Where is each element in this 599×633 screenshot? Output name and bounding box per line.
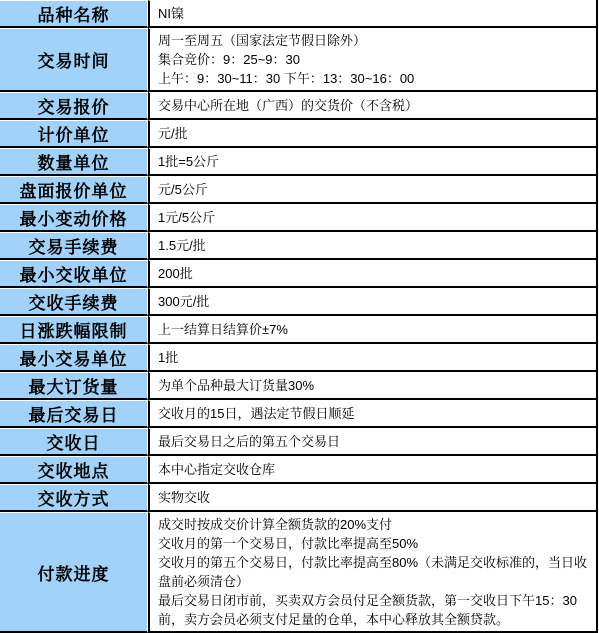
spec-value-cell: 元/批 [148, 120, 596, 148]
spec-label-cell: 最小变动价格 [0, 204, 148, 232]
value-line: 交收月的第一个交易日，付款比率提高至50% [158, 534, 588, 553]
spec-row: 交易报价 交易中心所在地（广西）的交货价（不含税） [0, 92, 596, 120]
spec-value-cell: 元/5公斤 [148, 176, 596, 204]
spec-value-cell: 上一结算日结算价±7% [148, 316, 596, 344]
spec-value-cell: 300元/批 [148, 288, 596, 316]
spec-row: 交易手续费 1.5元/批 [0, 232, 596, 260]
spec-label-cell: 最小交易单位 [0, 344, 148, 372]
spec-row: 盘面报价单位 元/5公斤 [0, 176, 596, 204]
value-line: 上午：9：30~11：30 下午：13：30~16：00 [158, 69, 588, 88]
spec-label-cell: 最后交易日 [0, 400, 148, 428]
contract-spec-table: 品种名称 NI镍 交易时间 周一至周五（国家法定节假日除外）集合竞价：9：25~… [0, 0, 598, 633]
value-line: 交收月的15日，遇法定节假日顺延 [158, 404, 588, 423]
value-line: 1元/5公斤 [158, 208, 588, 227]
value-line: 200批 [158, 264, 588, 283]
value-line: 最后交易日之后的第五个交易日 [158, 432, 588, 451]
spec-value-cell: 最后交易日之后的第五个交易日 [148, 428, 596, 456]
spec-value-cell: 1批 [148, 344, 596, 372]
value-line: 1.5元/批 [158, 236, 588, 255]
spec-row: 交收方式 实物交收 [0, 484, 596, 512]
spec-value-cell: 交易中心所在地（广西）的交货价（不含税） [148, 92, 596, 120]
spec-row: 最小变动价格 1元/5公斤 [0, 204, 596, 232]
spec-row: 最小交收单位 200批 [0, 260, 596, 288]
spec-value-cell: 200批 [148, 260, 596, 288]
spec-label-cell: 交收手续费 [0, 288, 148, 316]
spec-label-cell: 品种名称 [0, 0, 148, 28]
spec-label-cell: 交易时间 [0, 28, 148, 92]
spec-row: 计价单位 元/批 [0, 120, 596, 148]
spec-row: 数量单位 1批=5公斤 [0, 148, 596, 176]
value-line: 集合竞价：9：25~9：30 [158, 50, 588, 69]
value-line: 1批 [158, 348, 588, 367]
value-line: 元/5公斤 [158, 180, 588, 199]
spec-label-cell: 交易报价 [0, 92, 148, 120]
spec-label-cell: 盘面报价单位 [0, 176, 148, 204]
spec-value-cell: 实物交收 [148, 484, 596, 512]
spec-value-cell: 1批=5公斤 [148, 148, 596, 176]
spec-label-cell: 日涨跌幅限制 [0, 316, 148, 344]
spec-table-body: 品种名称 NI镍 交易时间 周一至周五（国家法定节假日除外）集合竞价：9：25~… [0, 0, 596, 633]
spec-row: 品种名称 NI镍 [0, 0, 596, 28]
spec-label-cell: 交收日 [0, 428, 148, 456]
spec-value-cell: 本中心指定交收仓库 [148, 456, 596, 484]
value-line: 实物交收 [158, 488, 588, 507]
value-line: 成交时按成交价计算全额货款的20%支付 [158, 515, 588, 534]
spec-row: 交收日 最后交易日之后的第五个交易日 [0, 428, 596, 456]
spec-label-cell: 计价单位 [0, 120, 148, 148]
spec-value-cell: 周一至周五（国家法定节假日除外）集合竞价：9：25~9：30上午：9：30~11… [148, 28, 596, 92]
value-line: 本中心指定交收仓库 [158, 460, 588, 479]
spec-value-cell: 1.5元/批 [148, 232, 596, 260]
value-line: 元/批 [158, 124, 588, 143]
value-line: 1批=5公斤 [158, 152, 588, 171]
spec-row: 日涨跌幅限制 上一结算日结算价±7% [0, 316, 596, 344]
value-line: 为单个品种最大订货量30% [158, 376, 588, 395]
spec-label-cell: 最小交收单位 [0, 260, 148, 288]
value-line: NI镍 [158, 4, 588, 23]
spec-value-cell: 交收月的15日，遇法定节假日顺延 [148, 400, 596, 428]
value-line: 300元/批 [158, 292, 588, 311]
value-line: 上一结算日结算价±7% [158, 320, 588, 339]
spec-row: 付款进度 成交时按成交价计算全额货款的20%支付交收月的第一个交易日，付款比率提… [0, 512, 596, 633]
spec-label-cell: 数量单位 [0, 148, 148, 176]
spec-value-cell: 为单个品种最大订货量30% [148, 372, 596, 400]
spec-value-cell: 1元/5公斤 [148, 204, 596, 232]
spec-row: 最大订货量 为单个品种最大订货量30% [0, 372, 596, 400]
spec-label-cell: 交易手续费 [0, 232, 148, 260]
spec-label-cell: 交收地点 [0, 456, 148, 484]
spec-label-cell: 付款进度 [0, 512, 148, 633]
spec-value-cell: 成交时按成交价计算全额货款的20%支付交收月的第一个交易日，付款比率提高至50%… [148, 512, 596, 633]
value-line: 交易中心所在地（广西）的交货价（不含税） [158, 96, 588, 115]
value-line: 周一至周五（国家法定节假日除外） [158, 31, 588, 50]
spec-value-cell: NI镍 [148, 0, 596, 28]
spec-row: 最小交易单位 1批 [0, 344, 596, 372]
spec-row: 交易时间 周一至周五（国家法定节假日除外）集合竞价：9：25~9：30上午：9：… [0, 28, 596, 92]
spec-label-cell: 交收方式 [0, 484, 148, 512]
spec-label-cell: 最大订货量 [0, 372, 148, 400]
spec-row: 交收地点 本中心指定交收仓库 [0, 456, 596, 484]
value-line: 交收月的第五个交易日，付款比率提高至80%（未满足交收标准的，当日收盘前必须清仓… [158, 553, 588, 591]
value-line: 最后交易日闭市前，买卖双方会员付足全额货款，第一交收日下午15：30前，卖方会员… [158, 591, 588, 629]
spec-row: 交收手续费 300元/批 [0, 288, 596, 316]
spec-row: 最后交易日 交收月的15日，遇法定节假日顺延 [0, 400, 596, 428]
